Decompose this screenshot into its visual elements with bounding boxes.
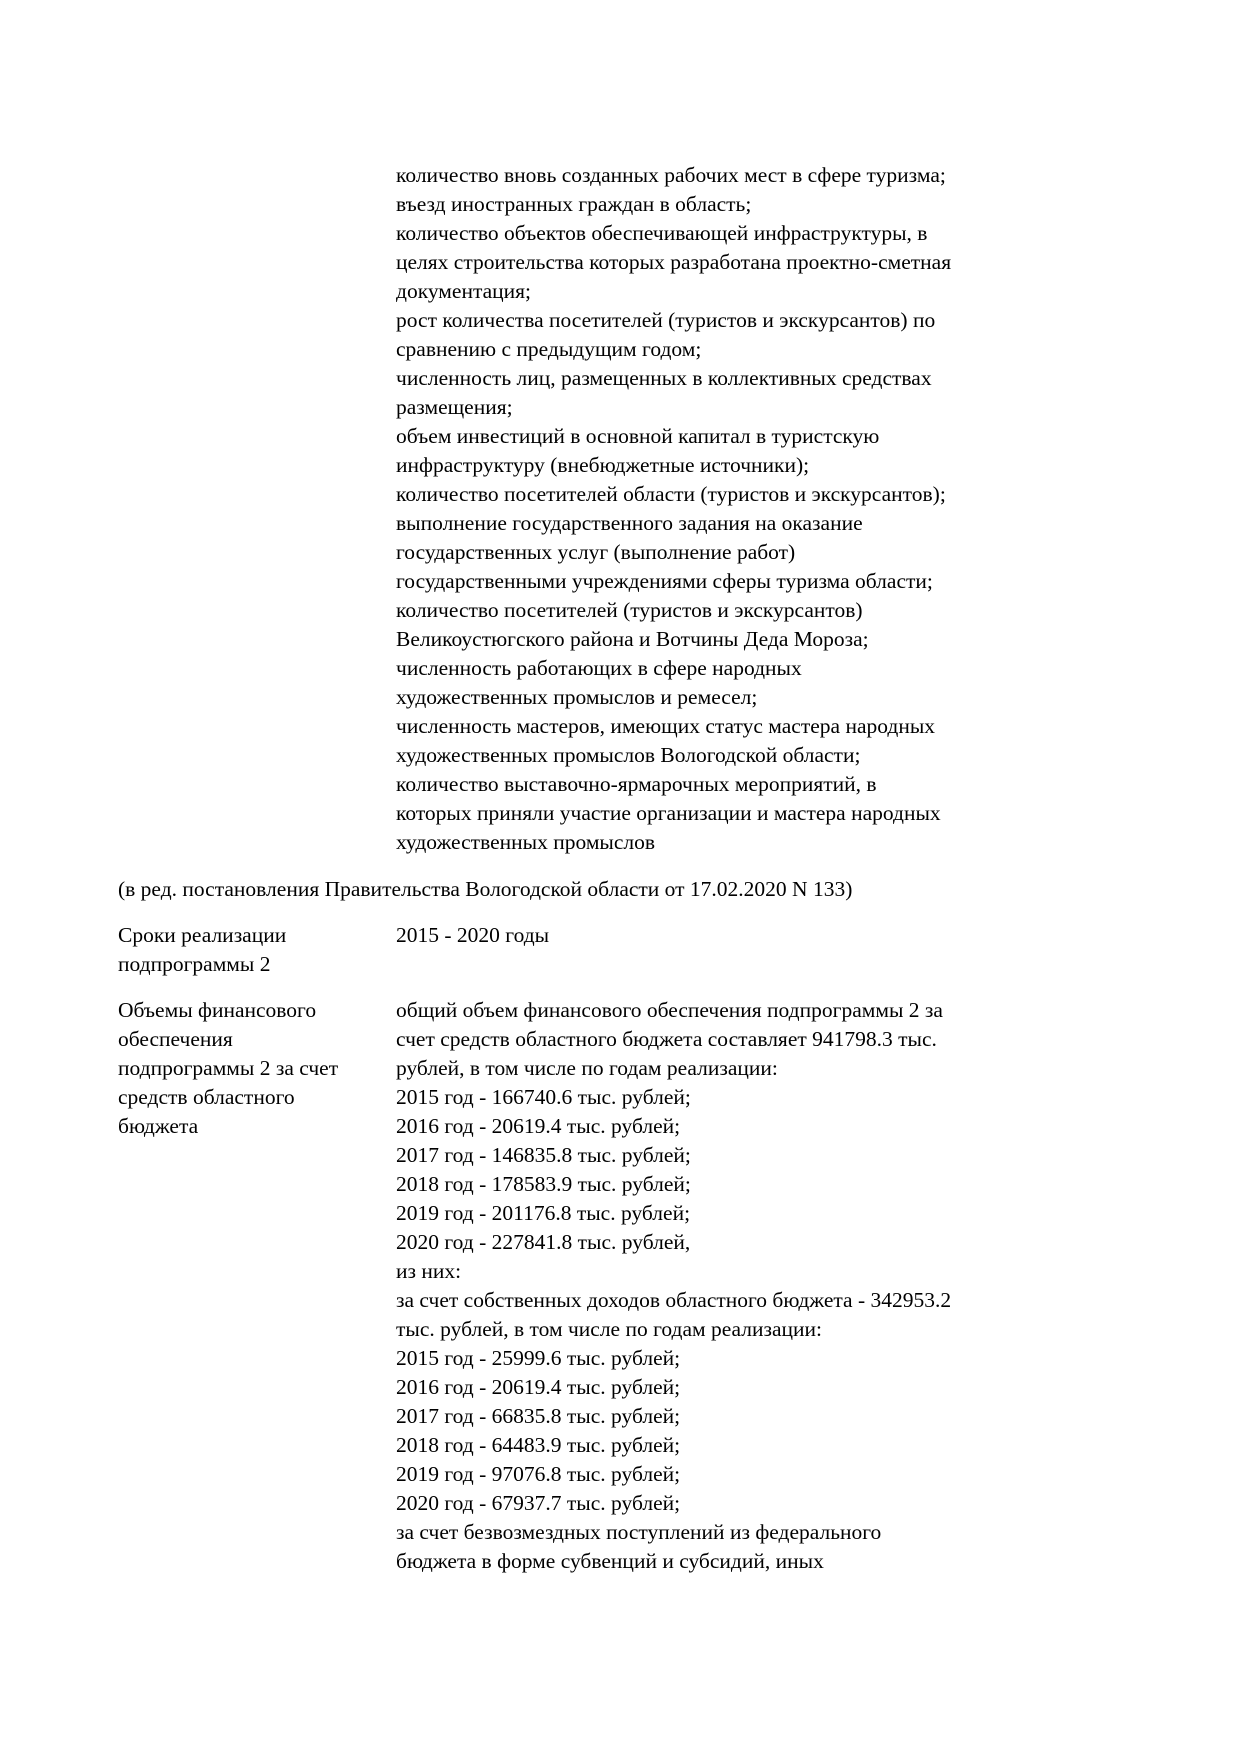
indicator-line: объем инвестиций в основной капитал в ту… [396,422,951,451]
indicator-line: инфраструктуру (внебюджетные источники); [396,451,951,480]
indicator-line: численность мастеров, имеющих статус мас… [396,712,951,741]
label-line: обеспечения [118,1025,388,1054]
amendment-note: (в ред. постановления Правительства Воло… [118,875,852,904]
value-line: из них: [396,1257,1116,1286]
indicator-line: сравнению с предыдущим годом; [396,335,951,364]
indicator-line: Великоустюгского района и Вотчины Деда М… [396,625,951,654]
label-line: бюджета [118,1112,388,1141]
year-amount-line: 2018 год - 64483.9 тыс. рублей; [396,1431,1116,1460]
indicator-line: художественных промыслов и ремесел; [396,683,951,712]
indicator-line: рост количества посетителей (туристов и … [396,306,951,335]
year-amount-line: 2019 год - 201176.8 тыс. рублей; [396,1199,1116,1228]
year-amount-line: 2020 год - 227841.8 тыс. рублей, [396,1228,1116,1257]
indicator-line: которых приняли участие организации и ма… [396,799,951,828]
target-indicators-list: количество вновь созданных рабочих мест … [396,161,951,857]
indicator-line: государственных услуг (выполнение работ) [396,538,951,567]
year-amount-line: 2016 год - 20619.4 тыс. рублей; [396,1373,1116,1402]
indicator-line: количество посетителей области (туристов… [396,480,951,509]
label-line: подпрограммы 2 [118,950,388,979]
indicator-line: количество посетителей (туристов и экску… [396,596,951,625]
indicator-line: художественных промыслов Вологодской обл… [396,741,951,770]
value-line: тыс. рублей, в том числе по годам реализ… [396,1315,1116,1344]
label-line: подпрограммы 2 за счет [118,1054,388,1083]
financing-volume-label: Объемы финансового обеспечения подпрогра… [118,996,388,1141]
year-amount-line: 2017 год - 146835.8 тыс. рублей; [396,1141,1116,1170]
indicator-line: количество выставочно-ярмарочных меропри… [396,770,951,799]
label-line: средств областного [118,1083,388,1112]
indicator-line: количество вновь созданных рабочих мест … [396,161,951,190]
year-amount-line: 2016 год - 20619.4 тыс. рублей; [396,1112,1116,1141]
indicator-line: численность работающих в сфере народных [396,654,951,683]
implementation-term-value: 2015 - 2020 годы [396,921,1116,950]
value-line: рублей, в том числе по годам реализации: [396,1054,1116,1083]
indicator-line: художественных промыслов [396,828,951,857]
indicator-line: численность лиц, размещенных в коллектив… [396,364,951,393]
indicator-line: размещения; [396,393,951,422]
indicator-line: документация; [396,277,951,306]
value-line: за счет собственных доходов областного б… [396,1286,1116,1315]
value-line: бюджета в форме субвенций и субсидий, ин… [396,1547,1116,1576]
value-line: 2015 - 2020 годы [396,921,1116,950]
year-amount-line: 2015 год - 25999.6 тыс. рублей; [396,1344,1116,1373]
indicator-line: государственными учреждениями сферы тури… [396,567,951,596]
indicator-line: количество объектов обеспечивающей инфра… [396,219,951,248]
indicator-line: выполнение государственного задания на о… [396,509,951,538]
label-line: Объемы финансового [118,996,388,1025]
year-amount-line: 2020 год - 67937.7 тыс. рублей; [396,1489,1116,1518]
value-line: за счет безвозмездных поступлений из фед… [396,1518,1116,1547]
year-amount-line: 2019 год - 97076.8 тыс. рублей; [396,1460,1116,1489]
implementation-term-label: Сроки реализации подпрограммы 2 [118,921,388,979]
year-amount-line: 2018 год - 178583.9 тыс. рублей; [396,1170,1116,1199]
label-line: Сроки реализации [118,921,388,950]
indicator-line: въезд иностранных граждан в область; [396,190,951,219]
indicator-line: целях строительства которых разработана … [396,248,951,277]
value-line: общий объем финансового обеспечения подп… [396,996,1116,1025]
year-amount-line: 2017 год - 66835.8 тыс. рублей; [396,1402,1116,1431]
financing-volume-value: общий объем финансового обеспечения подп… [396,996,1116,1576]
value-line: счет средств областного бюджета составля… [396,1025,1116,1054]
year-amount-line: 2015 год - 166740.6 тыс. рублей; [396,1083,1116,1112]
